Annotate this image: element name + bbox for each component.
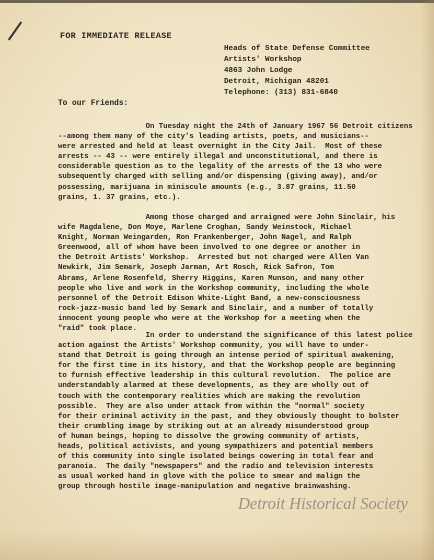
text-line: Knight, Norman Weingarden, Ron Frankenbe… — [58, 233, 388, 243]
text-line: considerable question as to the legality… — [58, 162, 388, 172]
text-line: --among them many of the city's leading … — [58, 132, 388, 142]
text-line: understandably alarmed at these developm… — [58, 381, 388, 391]
sender-address-block: Heads of State Defense Committee Artists… — [224, 44, 370, 99]
text-line: innocent young people who were at the Wo… — [58, 314, 388, 324]
text-line: Among those charged and arraigned were J… — [58, 213, 388, 223]
text-line: possible. They are also under attack fro… — [58, 402, 388, 412]
text-line: stand that Detroit is going through an i… — [58, 351, 388, 361]
paragraph-charged: Among those charged and arraigned were J… — [58, 213, 388, 334]
text-line: grains, 1. 37 grains, etc.). — [58, 193, 388, 203]
text-line: the Detroit Artists' Workshop. Arrested … — [58, 253, 388, 263]
text-line: for the first time in its history, and t… — [58, 361, 388, 371]
text-line: personnel of the Detroit Edison White-Li… — [58, 294, 388, 304]
text-line: of human beings, hoping to dissolve the … — [58, 432, 388, 442]
paper-bottom-shadow — [0, 530, 434, 560]
address-line: 4863 John Lodge — [224, 66, 370, 77]
pen-check-mark — [8, 21, 22, 40]
text-line: wife Magdalene, Don Moye, Marlene Crogha… — [58, 223, 388, 233]
text-line: heads, political activists, and young sy… — [58, 442, 388, 452]
text-line: subsequently charged with selling and/or… — [58, 172, 388, 182]
address-line: Telephone: (313) 831-6840 — [224, 88, 370, 99]
text-line: were arrested and held at least overnigh… — [58, 142, 388, 152]
text-line: for their criminal activity in the past,… — [58, 412, 388, 422]
text-line: their crumbling image by striking out at… — [58, 422, 388, 432]
address-line: Heads of State Defense Committee — [224, 44, 370, 55]
address-line: Artists' Workshop — [224, 55, 370, 66]
text-line: as usual worked hand in glove with the p… — [58, 472, 388, 482]
paper-right-shadow — [420, 0, 434, 560]
text-line: Abrams, Arlene Rosenfeld, Sherry Higgins… — [58, 274, 388, 284]
paragraph-arrests: On Tuesday night the 24th of January 196… — [58, 122, 388, 203]
address-line: Detroit, Michigan 48201 — [224, 77, 370, 88]
watermark-detroit-historical-society: Detroit Historical Society — [238, 494, 408, 514]
text-line: possessing, marijuana in miniscule amoun… — [58, 183, 388, 193]
release-header: FOR IMMEDIATE RELEASE — [60, 31, 172, 41]
text-line: Greenwood, all of whom have been involve… — [58, 243, 388, 253]
paragraph-significance: In order to understand the significance … — [58, 331, 388, 493]
salutation: To our Friends: — [58, 100, 128, 108]
text-line: paranoia. The daily "newspapers" and the… — [58, 462, 388, 472]
text-line: group through hostile image-manipulation… — [58, 482, 388, 492]
text-line: to furnish effective leadership in this … — [58, 371, 388, 381]
text-line: rock-jazz-music band led by Semark and S… — [58, 304, 388, 314]
text-line: action against the Artists' Workshop com… — [58, 341, 388, 351]
text-line: In order to understand the significance … — [58, 331, 388, 341]
text-line: touch with the contemporary realities wh… — [58, 392, 388, 402]
text-line: arrests -- 43 -- were entirely illegal a… — [58, 152, 388, 162]
text-line: people who live and work in the Workshop… — [58, 284, 388, 294]
paper-top-edge — [0, 0, 434, 3]
text-line: Newkirk, Jim Semark, Joseph Jarman, Art … — [58, 263, 388, 273]
text-line: of this community into single isolated b… — [58, 452, 388, 462]
text-line: On Tuesday night the 24th of January 196… — [58, 122, 388, 132]
